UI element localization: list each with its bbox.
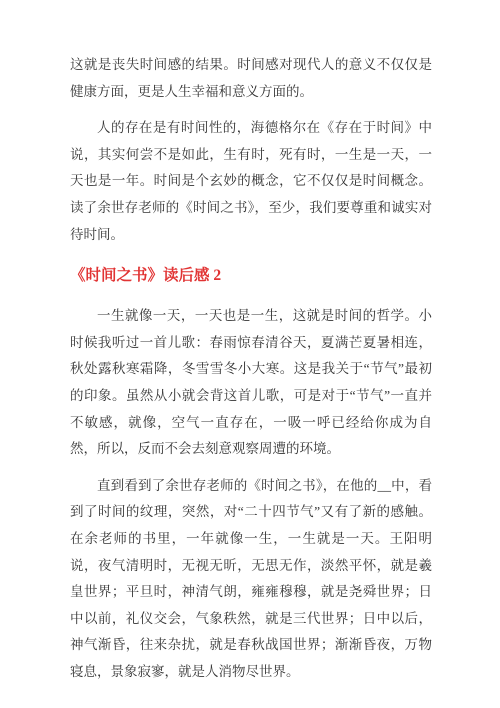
section-heading: 《时间之书》读后感 2 [70,264,432,288]
paragraph: 人的存在是有时间性的，海德格尔在《存在于时间》中说，其实何尝不是如此，生有时，死… [70,115,432,248]
paragraph: 直到看到了余世存老师的《时间之书》，在他的__中，看到了时间的纹理，突然，对“二… [70,473,432,686]
document-content: 这就是丧失时间感的结果。时间感对现代人的意义不仅仅是健康方面，更是人生幸福和意义… [70,52,432,695]
document-page: 这就是丧失时间感的结果。时间感对现代人的意义不仅仅是健康方面，更是人生幸福和意义… [0,0,500,708]
paragraph: 这就是丧失时间感的结果。时间感对现代人的意义不仅仅是健康方面，更是人生幸福和意义… [70,52,432,105]
paragraph: 一生就像一天，一天也是一生，这就是时间的哲学。小时候我听过一首儿歌：春雨惊春清谷… [70,303,432,463]
